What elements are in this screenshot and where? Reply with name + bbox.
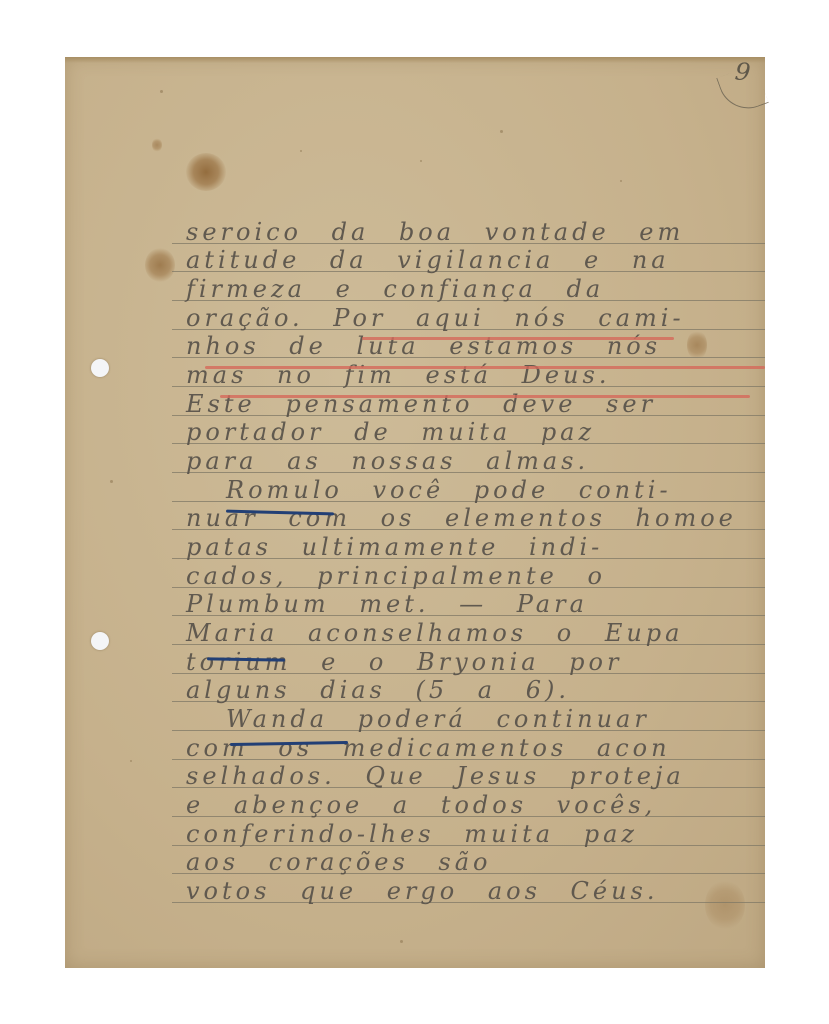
handwritten-line: atitude da vigilancia e na — [186, 246, 766, 274]
handwritten-line: selhados. Que Jesus proteja — [186, 762, 766, 790]
speck — [500, 130, 503, 133]
handwritten-line: aos corações são — [186, 848, 766, 876]
stain-mark — [145, 248, 175, 282]
handwritten-line: Romulo você pode conti- — [226, 476, 806, 504]
handwritten-line: Maria aconselhamos o Eupa — [186, 619, 766, 647]
stain-mark — [152, 138, 162, 152]
handwritten-line: oração. Por aqui nós cami- — [186, 304, 766, 332]
red-underline — [205, 366, 765, 369]
speck — [130, 760, 132, 762]
speck — [620, 180, 622, 182]
punch-hole — [91, 359, 109, 377]
handwritten-line: seroico da boa vontade em — [186, 218, 766, 246]
handwritten-line: e abençoe a todos vocês, — [186, 791, 766, 819]
speck — [420, 160, 422, 162]
speck — [160, 90, 163, 93]
handwritten-line: cados, principalmente o — [186, 562, 766, 590]
handwritten-line: patas ultimamente indi- — [186, 533, 766, 561]
handwritten-line: nuar com os elementos homoe — [186, 504, 766, 532]
handwritten-line: votos que ergo aos Céus. — [186, 877, 766, 905]
stain-mark — [186, 153, 226, 191]
handwritten-line: conferindo-lhes muita paz — [186, 820, 766, 848]
handwritten-line: alguns dias (5 a 6). — [186, 676, 766, 704]
punch-hole — [91, 632, 109, 650]
speck — [110, 480, 113, 483]
speck — [400, 940, 403, 943]
red-underline — [362, 337, 674, 340]
page-number: 9 — [734, 57, 752, 86]
handwritten-line: torium e o Bryonia por — [186, 648, 766, 676]
speck — [300, 150, 302, 152]
red-underline — [220, 395, 750, 398]
handwritten-line: com os medicamentos acon — [186, 734, 766, 762]
handwritten-line: para as nossas almas. — [186, 447, 766, 475]
handwritten-line: portador de muita paz — [186, 418, 766, 446]
handwritten-line: Plumbum met. — Para — [186, 590, 766, 618]
handwritten-line: Wanda poderá continuar — [226, 705, 806, 733]
handwritten-line: firmeza e confiança da — [186, 275, 766, 303]
